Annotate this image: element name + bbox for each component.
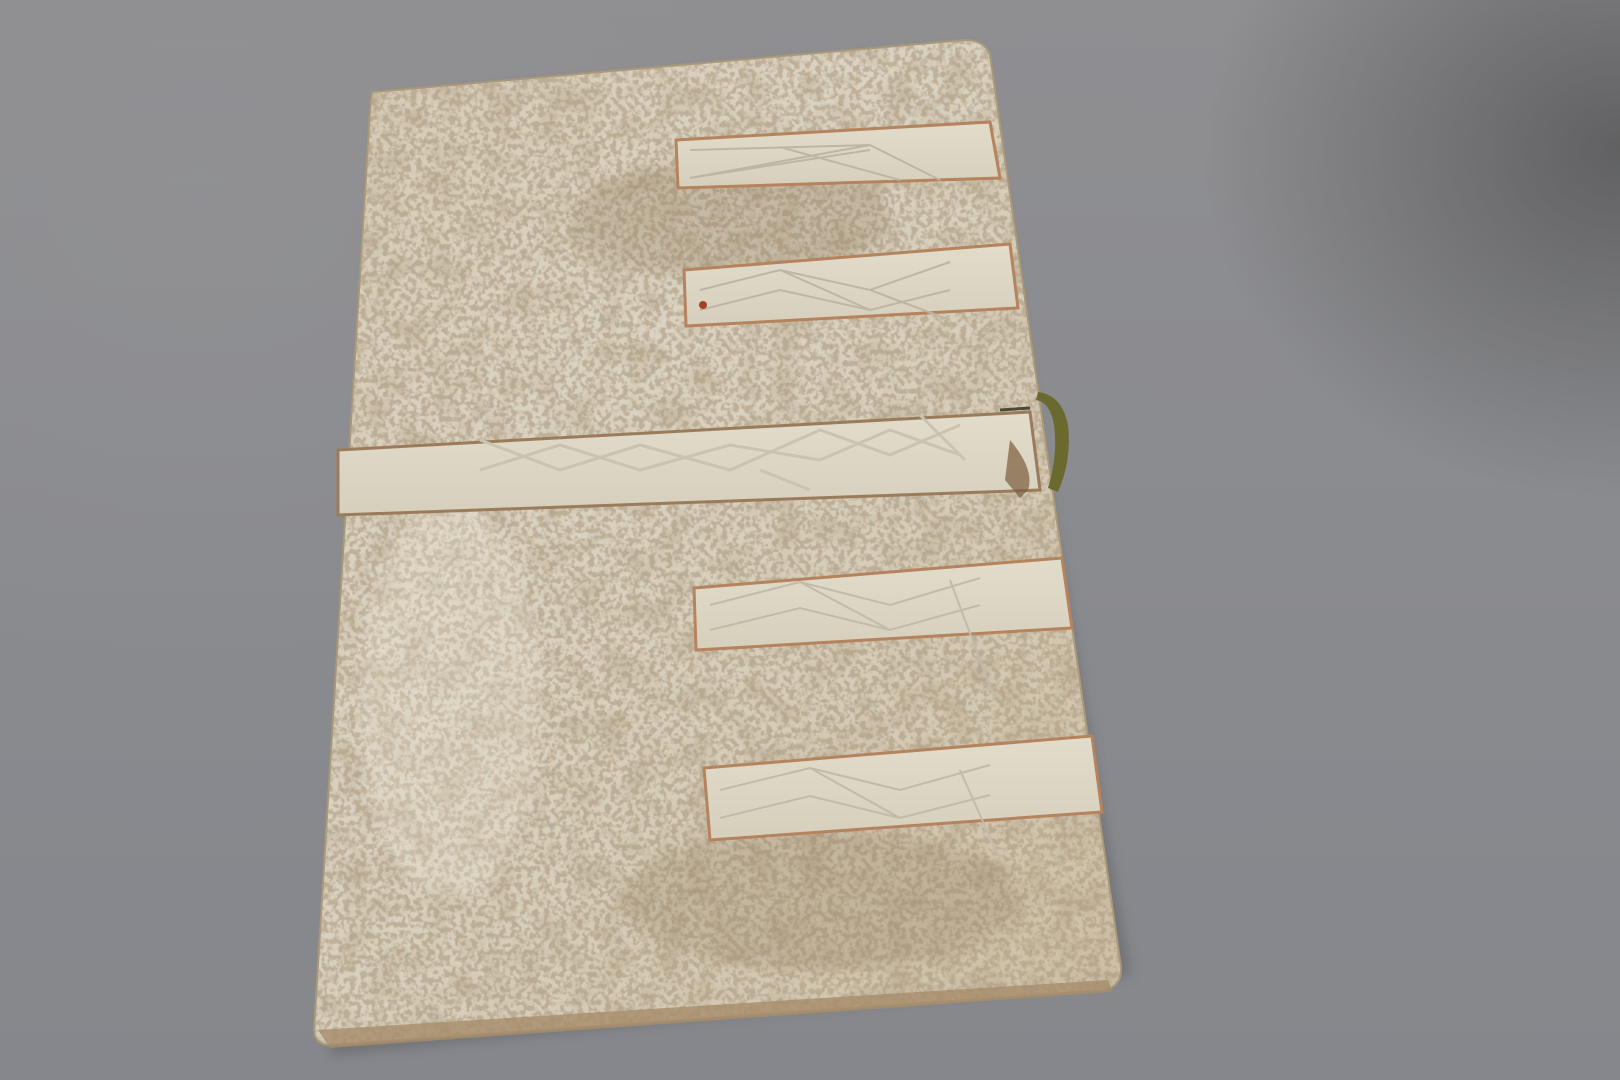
photo-background bbox=[0, 0, 1620, 1080]
book-photograph bbox=[0, 0, 1620, 1080]
